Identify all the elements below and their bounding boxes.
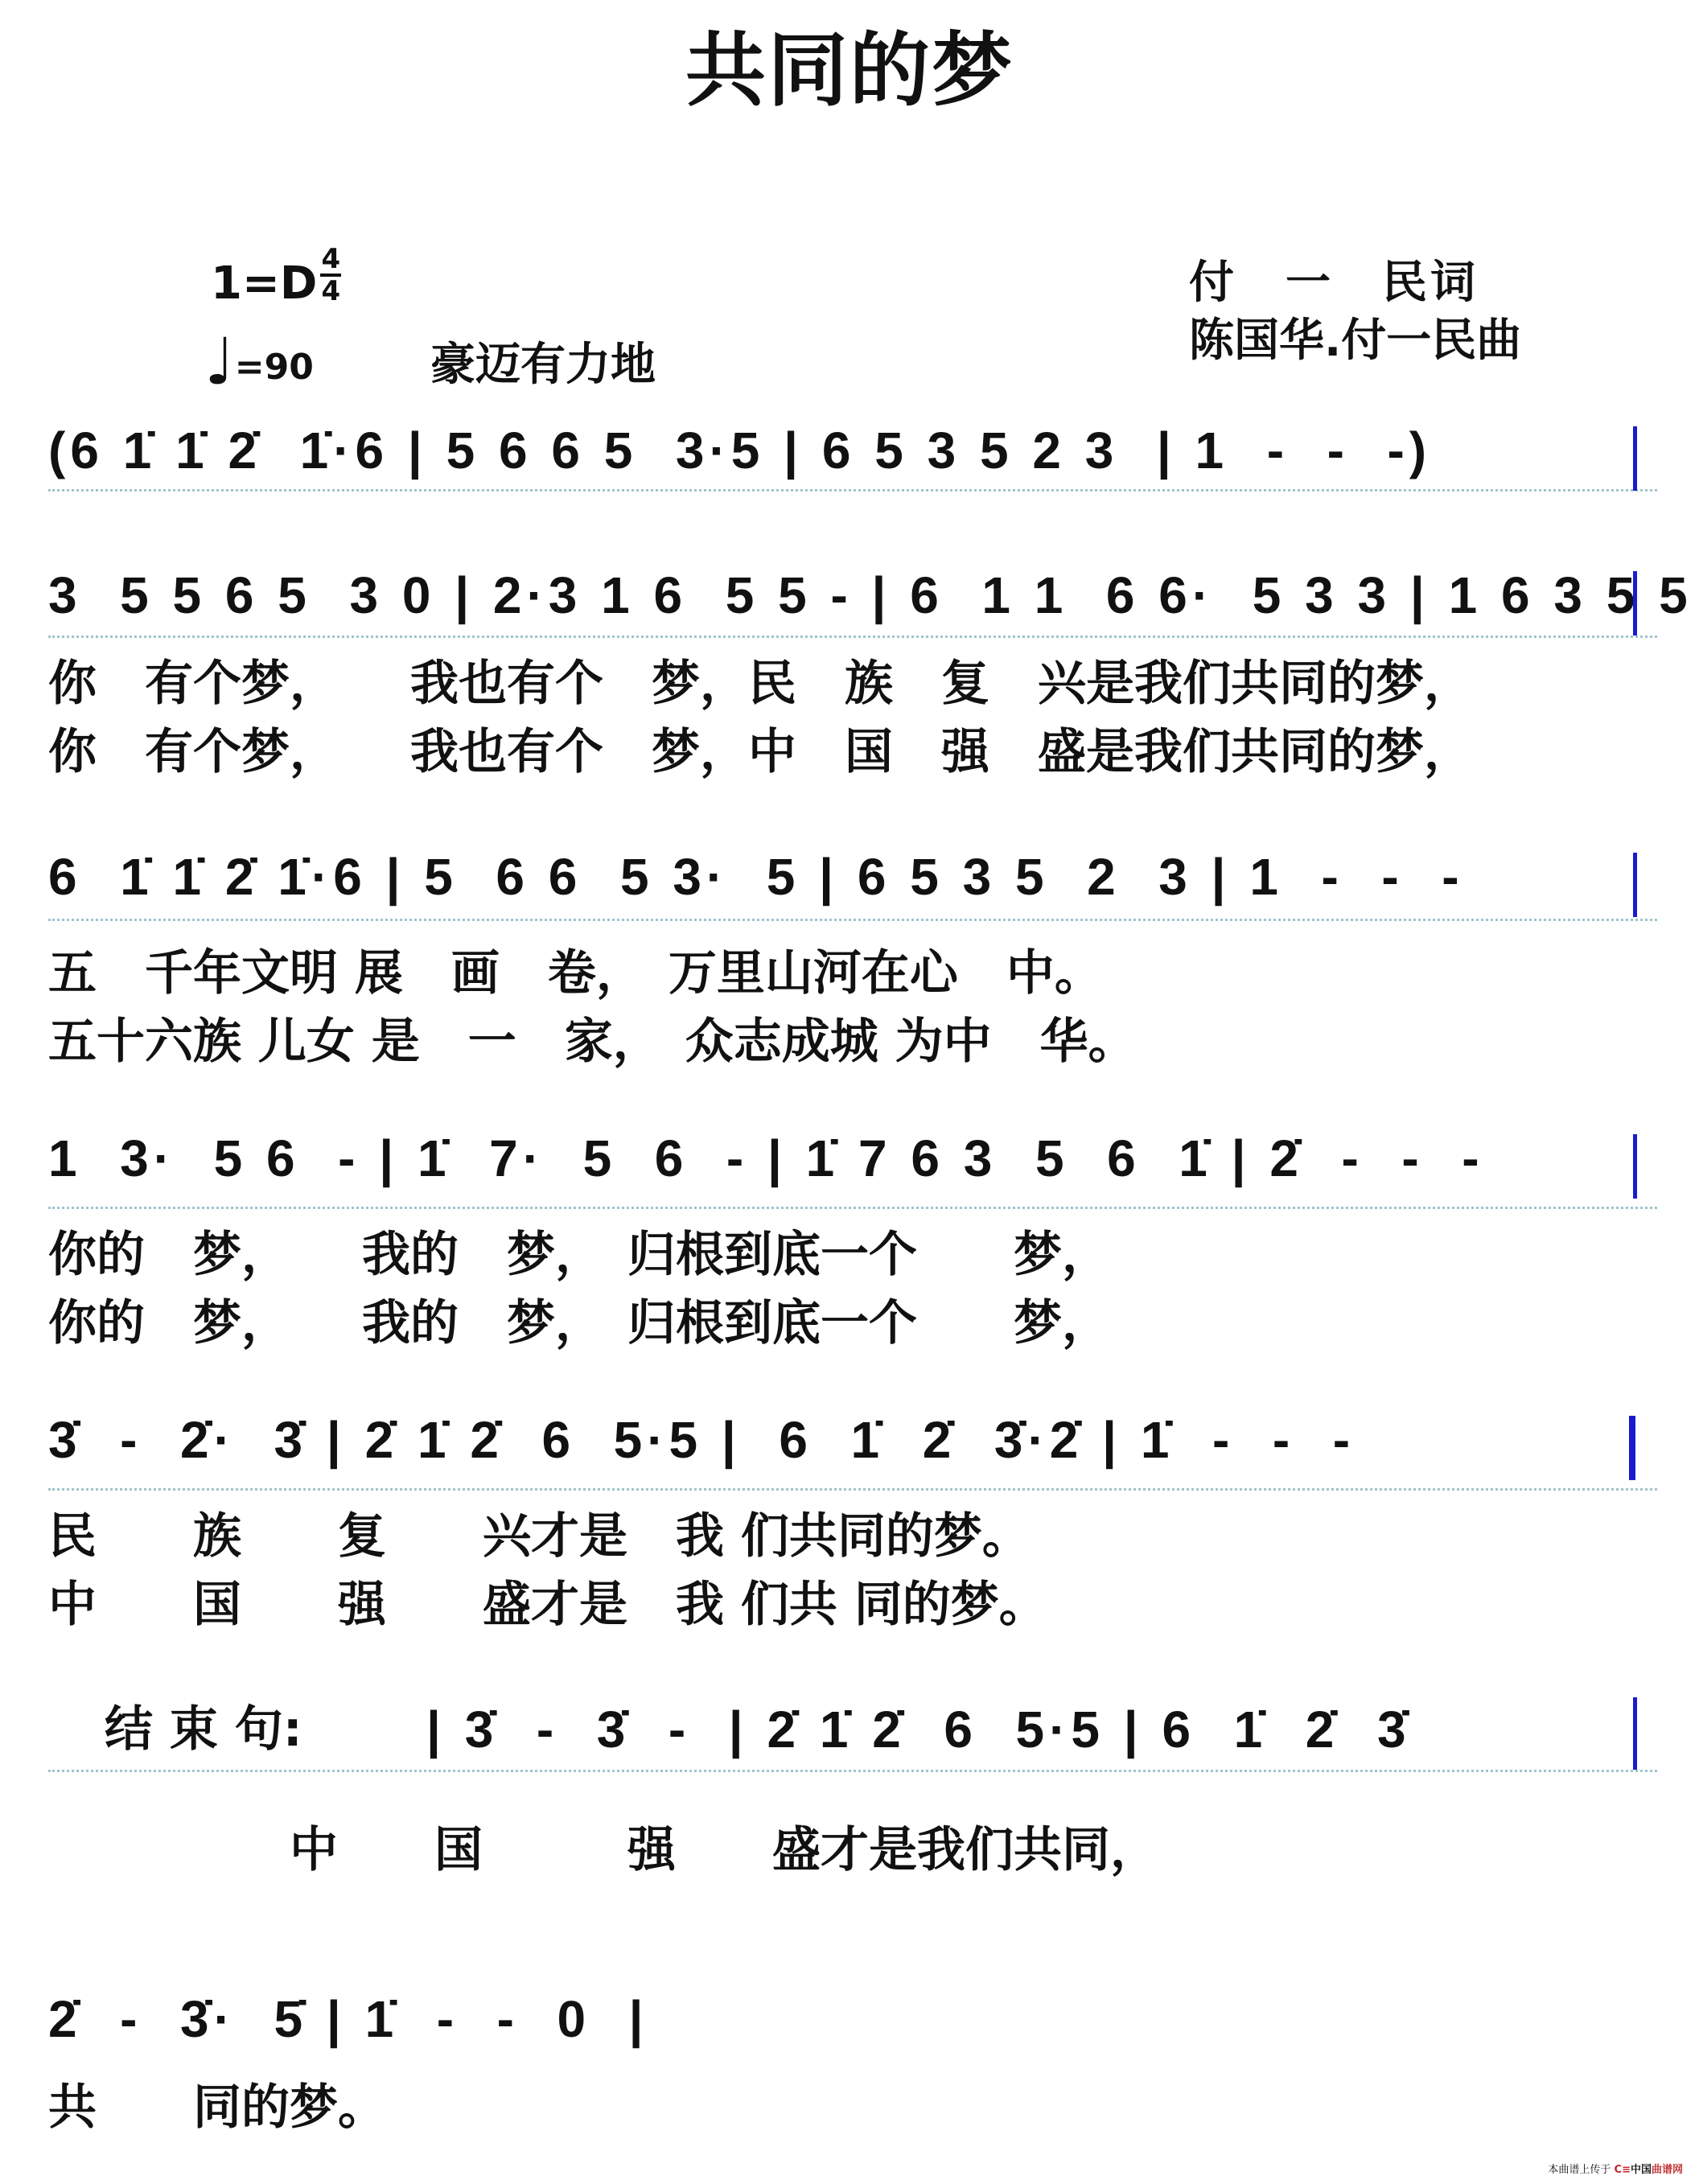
system-4: 1 3· 5 6 - | 1̇ 7· 5 6 - | 1̇ 7 6 3 5 6 …	[48, 1126, 1657, 1368]
upload-text: 本曲谱上传于	[1548, 2164, 1611, 2176]
system-1-intro: (6 1̇ 1̇ 2̇ 1̇·6 | 5 6 6 5 3·5 | 6 5 3 5…	[48, 418, 1657, 499]
barline	[1633, 571, 1637, 635]
system-2: 3 5 5 6 5 3 0 | 2·3 1 6 5 5 - | 6 1 1 6 …	[48, 563, 1657, 804]
notation-line: 1 3· 5 6 - | 1̇ 7· 5 6 - | 1̇ 7 6 3 5 6 …	[48, 1126, 1484, 1191]
lyrics-verse-2: 五十六族 儿女 是 一 家， 众志成城 为中 华。	[48, 1010, 1137, 1074]
upload-credit-footer: 本曲谱上传于 C≡中国曲谱网	[1548, 2161, 1683, 2176]
site-name-cn: 中国	[1631, 2164, 1652, 2176]
staff-guide-line	[48, 919, 1657, 921]
tempo-marking: ♩=90	[204, 338, 314, 392]
time-denominator: 4	[322, 275, 341, 307]
notation-line: 6 1̇ 1̇ 2̇ 1̇·6 | 5 6 6 5 3· 5 | 6 5 3 5…	[48, 845, 1464, 909]
notation-line: | 3̇ - 3̇ - | 2̇ 1̇ 2̇ 6 5·5 | 6 1̇ 2̇ 3…	[426, 1697, 1411, 1762]
barline	[1633, 1134, 1637, 1199]
lyrics-verse-1: 五 千年文明 展 画 卷， 万里山河在心 中。	[48, 941, 1103, 1006]
lyrics-verse-1: 民 族 复 兴才是 我 们共同的梦。	[48, 1504, 1031, 1569]
lyrics-verse-2: 你的 梦， 我的 梦， 归根到底一个 梦，	[48, 1291, 1110, 1355]
notation-line: 3 5 5 6 5 3 0 | 2·3 1 6 5 5 - | 6 1 1 6 …	[48, 563, 1699, 627]
key-signature: 1=D44	[211, 256, 341, 317]
time-signature: 44	[320, 245, 341, 306]
notation-line: (6 1̇ 1̇ 2̇ 1̇·6 | 5 6 6 5 3·5 | 6 5 3 5…	[48, 418, 1431, 483]
lyrics-ending: 中 国 强 盛才是我们共同，	[48, 1818, 1158, 1882]
barline	[1633, 1697, 1637, 1770]
quarter-note-icon: ♩	[204, 324, 235, 399]
staff-guide-line	[48, 1488, 1657, 1491]
expression-marking: 豪迈有力地	[430, 338, 656, 393]
barline	[1629, 1416, 1635, 1480]
lyrics-final: 共 同的梦。	[48, 2075, 386, 2140]
staff-guide-line	[48, 635, 1657, 638]
lyrics-verse-1: 你 有个梦， 我也有个 梦，民 族 复 兴是我们共同的梦，	[48, 652, 1472, 716]
barline	[1633, 426, 1637, 491]
barline	[1633, 853, 1637, 917]
system-6-ending: 结 束 句: | 3̇ - 3̇ - | 2̇ 1̇ 2̇ 6 5·5 | 6 …	[48, 1697, 1657, 1906]
lyricist-credit: 付 一 民词	[1189, 256, 1479, 311]
notation-line: 3̇ - 2̇· 3̇ | 2̇ 1̇ 2̇ 6 5·5 | 6 1̇ 2̇ 3…	[48, 1408, 1355, 1472]
system-3: 6 1̇ 1̇ 2̇ 1̇·6 | 5 6 6 5 3· 5 | 6 5 3 5…	[48, 845, 1657, 1086]
staff-guide-line	[48, 1207, 1657, 1209]
staff-guide-line	[48, 489, 1657, 492]
staff-guide-line	[48, 1770, 1657, 1772]
lyrics-verse-2: 你 有个梦， 我也有个 梦，中 国 强 盛是我们共同的梦，	[48, 720, 1472, 784]
ending-label: 结 束 句:	[105, 1697, 302, 1762]
notation-line: 2̇ - 3̇· 5̇ | 1̇ - - 0 |	[48, 1987, 648, 2051]
site-name-accent: 曲谱网	[1652, 2164, 1683, 2176]
tempo-value: =90	[235, 347, 314, 388]
time-numerator: 4	[322, 243, 341, 275]
key-label: 1=D	[211, 257, 317, 310]
system-5: 3̇ - 2̇· 3̇ | 2̇ 1̇ 2̇ 6 5·5 | 6 1̇ 2̇ 3…	[48, 1408, 1657, 1649]
composer-credit: 陈国华.付一民曲	[1189, 314, 1521, 368]
site-logo-icon: C≡	[1615, 2164, 1631, 2176]
system-7-final: 2̇ - 3̇· 5̇ | 1̇ - - 0 | 共 同的梦。	[48, 1987, 1657, 2148]
lyrics-verse-2: 中 国 强 盛才是 我 们共 同的梦。	[48, 1573, 1047, 1637]
lyrics-verse-1: 你的 梦， 我的 梦， 归根到底一个 梦，	[48, 1223, 1110, 1287]
song-title: 共同的梦	[0, 23, 1699, 119]
